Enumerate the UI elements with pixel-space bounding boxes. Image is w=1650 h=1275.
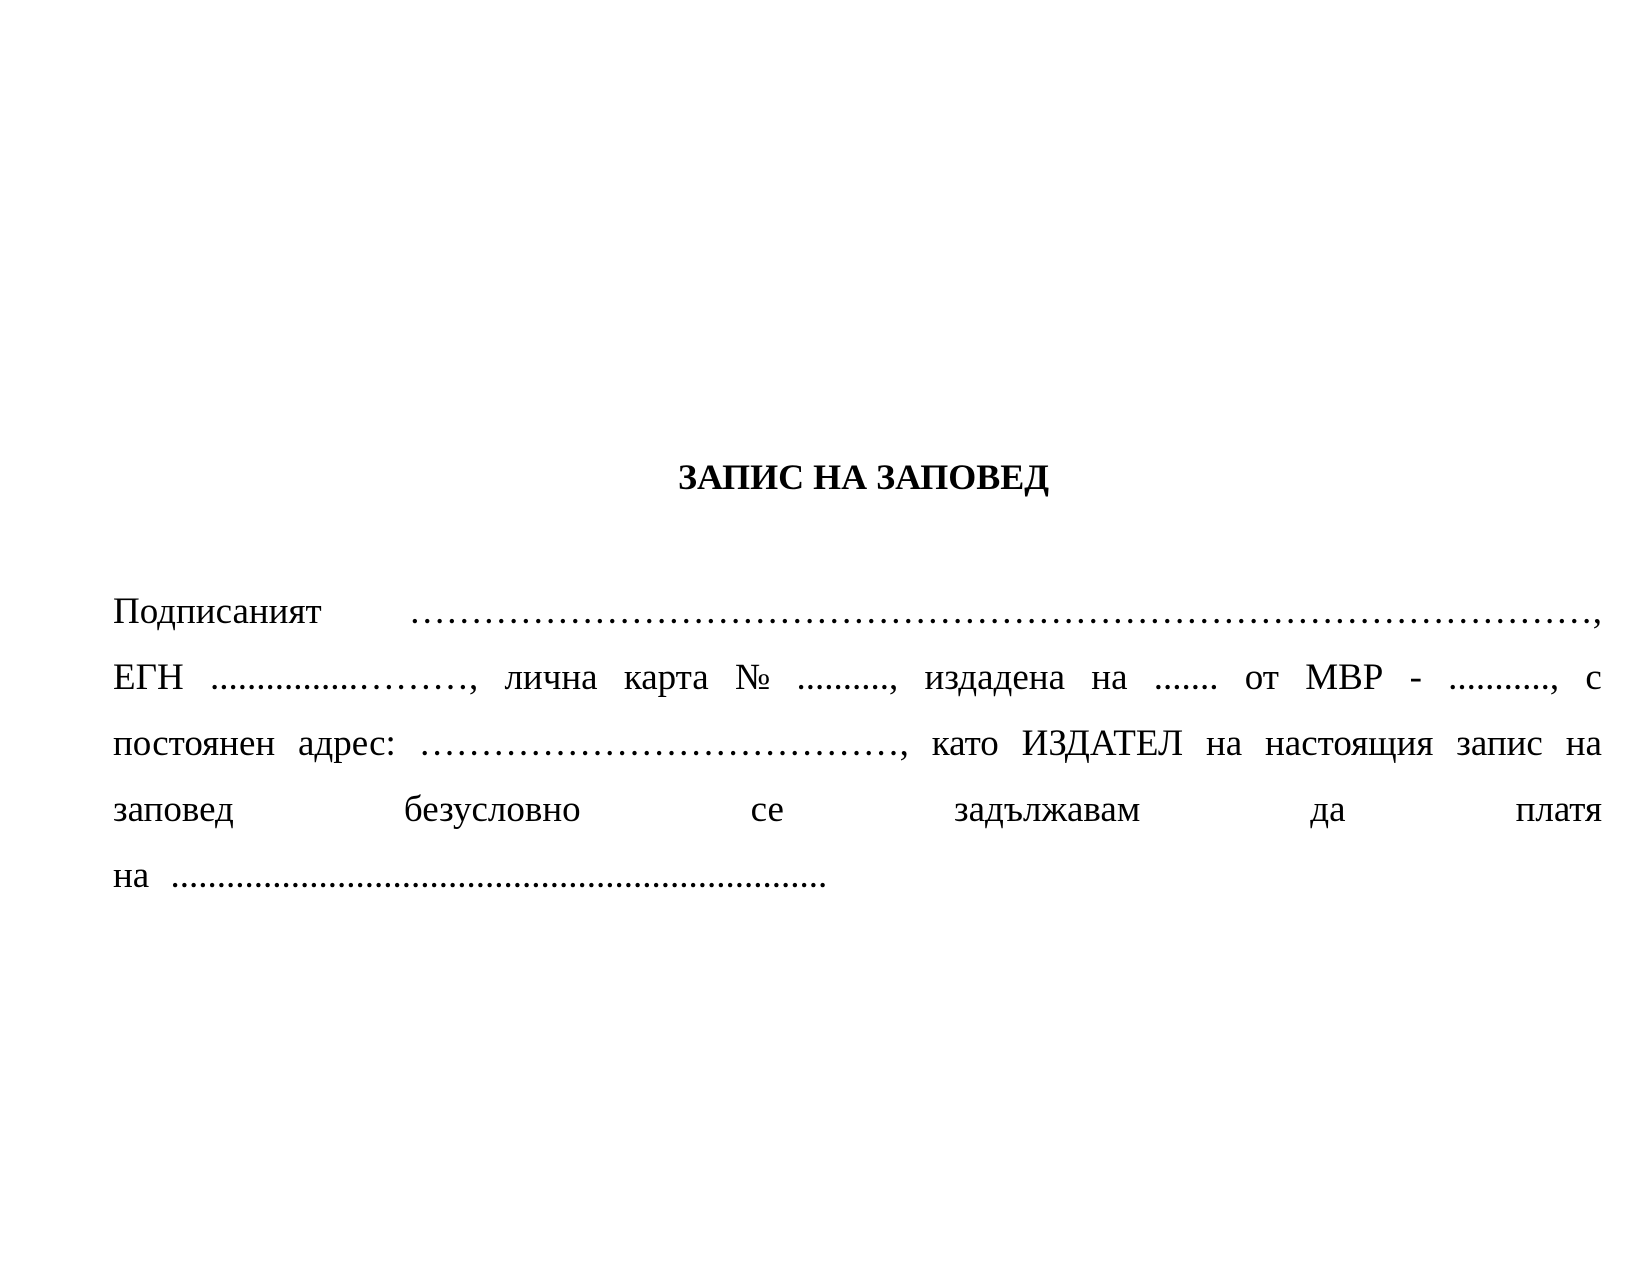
- text-dash: -: [1410, 658, 1422, 724]
- line-signer: Подписаният ……………………………………………………………………………: [113, 592, 1602, 658]
- text-word: платя: [1516, 790, 1602, 856]
- text-word: постоянен: [113, 724, 275, 790]
- field-issuing-office[interactable]: ...........,: [1448, 658, 1559, 724]
- label-signer: Подписаният: [113, 592, 322, 658]
- document-title: ЗАПИС НА ЗАПОВЕД: [0, 455, 1650, 499]
- text-word: на: [113, 856, 149, 896]
- text-word: от: [1245, 658, 1279, 724]
- line-address: постоянен адрес: …………………………………, като ИЗД…: [113, 724, 1602, 790]
- field-payee[interactable]: ........................................…: [170, 856, 827, 896]
- text-word: да: [1310, 790, 1345, 856]
- label-egn: ЕГН: [113, 658, 184, 724]
- text-word: карта: [624, 658, 709, 724]
- label-id-number: №: [735, 658, 770, 724]
- label-address: адрес:: [298, 724, 396, 790]
- text-word: ИЗДАТЕЛ: [1022, 724, 1184, 790]
- field-signer-name[interactable]: ……………………………………………………………………………………,: [409, 592, 1602, 658]
- text-word: лична: [504, 658, 597, 724]
- text-word: запис: [1456, 724, 1543, 790]
- text-word: безусловно: [404, 790, 581, 856]
- text-word: издадена: [925, 658, 1065, 724]
- text-word: заповед: [113, 790, 234, 856]
- text-word: като: [932, 724, 999, 790]
- document-page: ЗАПИС НА ЗАПОВЕД Подписаният ………………………………: [0, 0, 1650, 1275]
- text-word: на: [1091, 658, 1127, 724]
- document-body: Подписаният ……………………………………………………………………………: [113, 592, 1602, 922]
- text-word: с: [1585, 658, 1601, 724]
- text-word: на: [1566, 724, 1602, 790]
- text-word: настоящия: [1265, 724, 1433, 790]
- field-id-card-number[interactable]: ..........,: [797, 658, 899, 724]
- text-word: на: [1206, 724, 1242, 790]
- line-identity: ЕГН ................………, лична карта № .…: [113, 658, 1602, 724]
- field-permanent-address[interactable]: …………………………………,: [419, 724, 909, 790]
- text-word: МВР: [1305, 658, 1383, 724]
- field-issue-date[interactable]: .......: [1154, 658, 1219, 724]
- line-obligation: заповед безусловно се задължавам да плат…: [113, 790, 1602, 856]
- text-word: задължавам: [954, 790, 1140, 856]
- field-egn[interactable]: ................………,: [210, 658, 478, 724]
- text-word: се: [751, 790, 784, 856]
- line-payee: на .....................................…: [113, 856, 1602, 922]
